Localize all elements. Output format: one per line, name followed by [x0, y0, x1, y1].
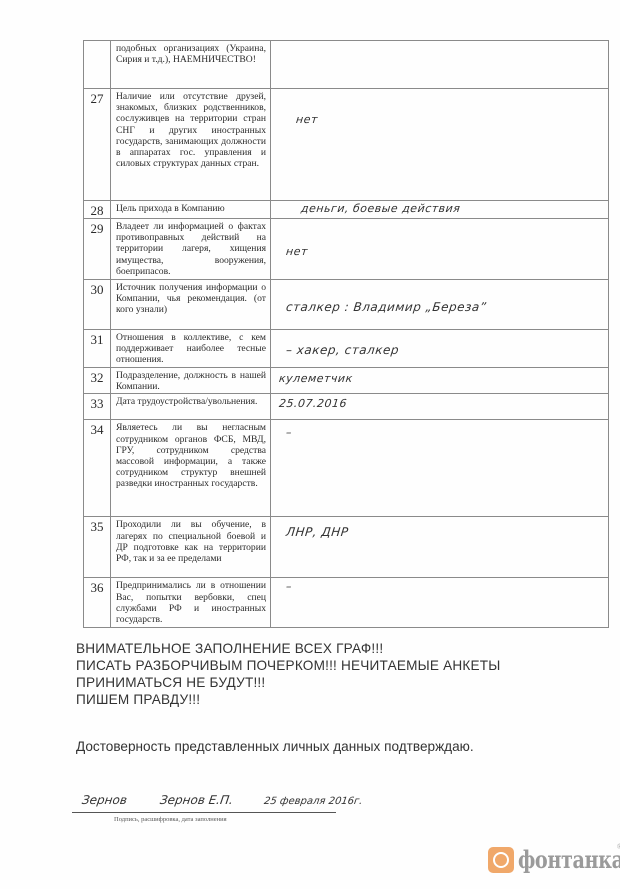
question-cell: Наличие или отсутствие друзей, знакомых,… — [111, 89, 271, 201]
confirmation-statement: Достоверность представленных личных данн… — [76, 739, 474, 754]
notice-line: ПИШЕМ ПРАВДУ!!! — [76, 691, 501, 708]
table-row: 36 Предпринимались ли в отношении Вас, п… — [84, 578, 609, 628]
signature-line — [72, 812, 336, 813]
table-row: 29 Владеет ли информацией о фактах проти… — [84, 219, 609, 280]
table-row: 33 Дата трудоустройства/увольнения. 25.0… — [84, 394, 609, 420]
question-cell: Цель прихода в Компанию — [111, 201, 271, 219]
answer-cell: деньги, боевые действия — [271, 201, 609, 219]
question-cell: Дата трудоустройства/увольнения. — [111, 394, 271, 420]
handwritten-answer: нет — [295, 113, 318, 126]
row-number: 33 — [84, 394, 111, 420]
handwritten-answer: кулеметчик — [278, 372, 353, 385]
table-row: 27 Наличие или отсутствие друзей, знаком… — [84, 89, 609, 201]
watermark-text: фонтанка.ру — [518, 845, 620, 874]
instructions-notice: ВНИМАТЕЛЬНОЕ ЗАПОЛНЕНИЕ ВСЕХ ГРАФ!!! ПИС… — [76, 640, 501, 708]
row-number — [84, 41, 111, 89]
answer-cell: ЛНР, ДНР — [271, 517, 609, 578]
handwritten-answer: нет — [285, 245, 308, 258]
question-cell: Источник получения информации о Компании… — [111, 280, 271, 330]
answer-cell — [271, 41, 609, 89]
row-number: 30 — [84, 280, 111, 330]
fontanka-watermark: фонтанка.ру ® — [488, 845, 620, 874]
question-cell: Владеет ли информацией о фактах противоп… — [111, 219, 271, 280]
notice-line: ВНИМАТЕЛЬНОЕ ЗАПОЛНЕНИЕ ВСЕХ ГРАФ!!! — [76, 640, 501, 657]
row-number: 31 — [84, 330, 111, 368]
handwritten-signature: Зернов — [81, 793, 128, 807]
table-row: 34 Являетесь ли вы негласным сотрудником… — [84, 420, 609, 517]
signature-caption: Подпись, расшифровка, дата заполнения — [114, 816, 227, 823]
handwritten-answer: 25.07.2016 — [278, 397, 347, 410]
answer-cell: – хакер, сталкер — [271, 330, 609, 368]
fontanka-logo-icon — [488, 847, 514, 873]
handwritten-answer: – хакер, сталкер — [285, 343, 399, 357]
notice-line: ПРИНИМАТЬСЯ НЕ БУДУТ!!! — [76, 674, 501, 691]
table-row: 32 Подразделение, должность в нашей Комп… — [84, 368, 609, 394]
handwritten-answer: деньги, боевые действия — [300, 202, 461, 215]
row-number: 35 — [84, 517, 111, 578]
notice-line: ПИСАТЬ РАЗБОРЧИВЫМ ПОЧЕРКОМ!!! НЕЧИТАЕМЫ… — [76, 657, 501, 674]
handwritten-answer: ЛНР, ДНР — [285, 525, 349, 539]
handwritten-answer: сталкер : Владимир „Береза” — [285, 300, 487, 314]
answer-cell: нет — [271, 89, 609, 201]
question-cell: Отношения в коллективе, с кем поддержива… — [111, 330, 271, 368]
question-cell: Проходили ли вы обучение, в лагерях по с… — [111, 517, 271, 578]
row-number: 34 — [84, 420, 111, 517]
table-row: подобных организациях (Украина, Сирия и … — [84, 41, 609, 89]
table-row: 31 Отношения в коллективе, с кем поддерж… — [84, 330, 609, 368]
handwritten-answer: – — [285, 580, 292, 593]
row-number: 29 — [84, 219, 111, 280]
row-number: 28 — [84, 201, 111, 219]
question-cell: Предпринимались ли в отношении Вас, попы… — [111, 578, 271, 628]
answer-cell: – — [271, 420, 609, 517]
row-number: 32 — [84, 368, 111, 394]
question-cell: Подразделение, должность в нашей Компани… — [111, 368, 271, 394]
signature-date: 25 февраля 2016г. — [263, 796, 363, 807]
question-cell: подобных организациях (Украина, Сирия и … — [111, 41, 271, 89]
row-number: 27 — [84, 89, 111, 201]
table-row: 30 Источник получения информации о Компа… — [84, 280, 609, 330]
answer-cell: нет — [271, 219, 609, 280]
questionnaire-table: подобных организациях (Украина, Сирия и … — [83, 40, 609, 628]
handwritten-answer: – — [285, 426, 292, 439]
question-cell: Являетесь ли вы негласным сотрудником ор… — [111, 420, 271, 517]
table-row: 35 Проходили ли вы обучение, в лагерях п… — [84, 517, 609, 578]
document-page: подобных организациях (Украина, Сирия и … — [0, 0, 620, 889]
answer-cell: 25.07.2016 — [271, 394, 609, 420]
row-number: 36 — [84, 578, 111, 628]
answer-cell: – — [271, 578, 609, 628]
answer-cell: сталкер : Владимир „Береза” — [271, 280, 609, 330]
signature-decoding: Зернов Е.П. — [159, 793, 234, 807]
table-row: 28 Цель прихода в Компанию деньги, боевы… — [84, 201, 609, 219]
answer-cell: кулеметчик — [271, 368, 609, 394]
